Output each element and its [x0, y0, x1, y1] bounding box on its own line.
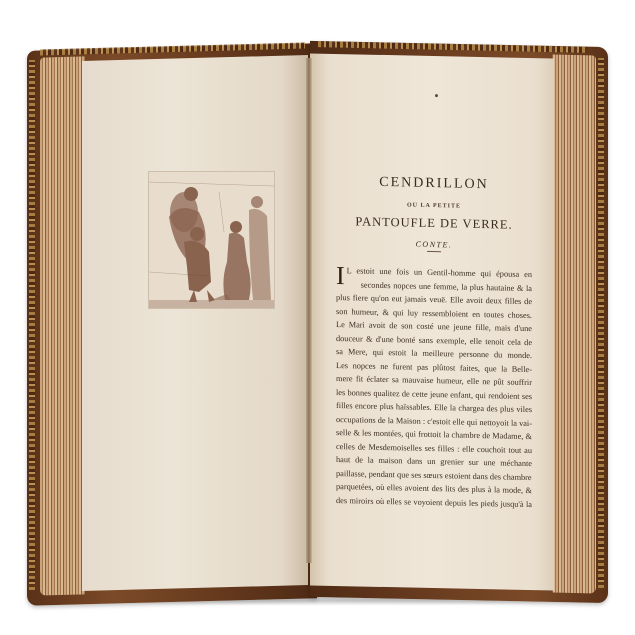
engraving-illustration	[148, 171, 275, 309]
story-body: I L estoit une fois un Gentil-homme qui …	[336, 264, 532, 511]
drop-cap: I	[336, 265, 345, 287]
section-heading: CONTE.	[336, 238, 532, 251]
page-edges-left	[40, 56, 85, 595]
book-gutter	[306, 58, 312, 563]
gilt-border-left	[29, 60, 35, 590]
left-page	[82, 55, 308, 591]
gilt-border-right	[598, 58, 604, 588]
page-mark	[435, 94, 438, 97]
right-page-text: CENDRILLON OU LA PETITE PANTOUFLE DE VER…	[336, 92, 532, 511]
book-photo: CENDRILLON OU LA PETITE PANTOUFLE DE VER…	[0, 0, 635, 635]
story-title: CENDRILLON	[336, 174, 532, 194]
heading-rule	[427, 251, 441, 252]
story-subtitle: OU LA PETITE	[336, 201, 532, 211]
page-edges-right	[552, 55, 596, 594]
engraving-icon	[149, 172, 274, 308]
story-title-line-2: PANTOUFLE DE VERRE.	[336, 214, 532, 233]
